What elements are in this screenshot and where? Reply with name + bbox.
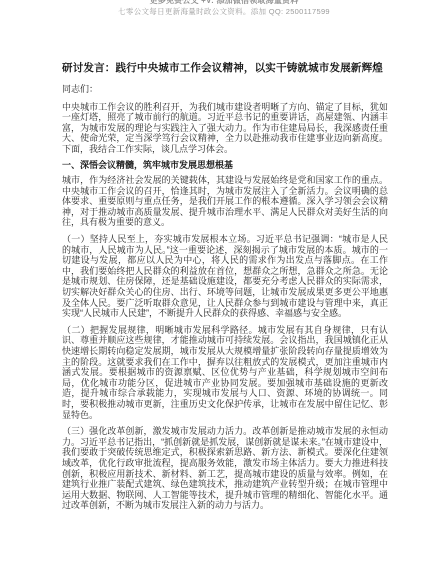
document-page: 更多免费公文 +V: 添加微信领取海量资料 七零公文每日更新海量时政公文资料。添…	[0, 0, 448, 580]
section-heading-1: 一、深悟会议精髓，筑牢城市发展思想根基	[62, 160, 388, 171]
doc-title: 研讨发言：践行中央城市工作会议精神，以实干铸就城市发展新辉煌	[62, 61, 388, 75]
paragraph-point-1: （一）坚持人民至上，夯实城市发展根本立场。习近平总书记强调：“城市是人民的城市，…	[62, 234, 388, 319]
paragraph-intro: 中央城市工作会议的胜利召开，为我们城市建设者明晰了方向、锚定了目标，犹如一座灯塔…	[62, 102, 388, 155]
salutation: 同志们：	[62, 84, 388, 95]
watermark-line2: 七零公文每日更新海量时政公文资料。添加 QQ: 2500117599	[0, 6, 448, 17]
document-body: 研讨发言：践行中央城市工作会议精神，以实干铸就城市发展新辉煌 同志们： 中央城市…	[62, 61, 388, 517]
paragraph-point-2: （二）把握发展规律，明晰城市发展科学路径。城市发展有其自身规律，只有认识、尊重并…	[62, 325, 388, 420]
paragraph-point-3: （三）强化改革创新，激发城市发展动力活力。改革创新是推动城市发展的永恒动力。习近…	[62, 426, 388, 511]
paragraph-section1-lead: 城市，作为经济社会发展的关键载体，其建设与发展始终是党和国家工作的重点。中央城市…	[62, 175, 388, 228]
watermark-header: 更多免费公文 +V: 添加微信领取海量资料 七零公文每日更新海量时政公文资料。添…	[0, 0, 448, 17]
